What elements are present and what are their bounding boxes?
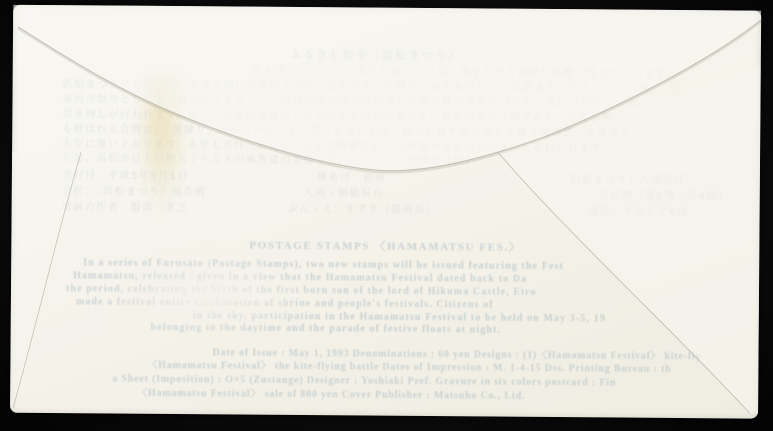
ja-info-line: 大凧・御殿屋台 — [304, 189, 385, 200]
ja-paragraph-line: 大空に舞い上がります。本年も五月三日から五日まで開催され、大凧揚げと屋台の引き回… — [62, 140, 613, 154]
ja-info-line: 意匠：〈浜松まつり〉凧合戦 — [62, 187, 207, 198]
ja-info-line: ぶん・え：すずき（静岡県） — [288, 205, 438, 216]
en-details-line: 〈Hamamatsu Festival〉 the kite-flying bat… — [147, 361, 671, 375]
en-heading: POSTAGE STAMPS 〈HAMAMATSU FES.〉 — [11, 239, 759, 256]
ja-info-line: 刷色：グラビア6色 — [589, 207, 689, 218]
photo-background: ふるさと切手〈浜松まつり〉わが国には、長子の誕生を祝って空高く凧をあげる風習が各… — [0, 0, 773, 431]
ja-info-line: 原画の作者：服部 孝之 — [62, 203, 189, 214]
ja-paragraph-line: も呼ばれる合戦は、「激練り」のかけ声とともに祭りを盛り上げ、初子の健やかな成長を… — [62, 125, 632, 139]
ja-info-line: 「浜松まつり」大凧揚げ — [559, 175, 686, 186]
ja-info-line: 凧あげ 初凧 — [317, 173, 386, 184]
en-paragraph-line: Hamamatsu, released / given in a view th… — [73, 271, 527, 285]
en-paragraph-line: belonging to the daytime and the parade … — [151, 323, 501, 336]
ja-paragraph-line: なお、浜松市は人口約五十六万人の東海道の要衝です。 （人口 大凧の寸法） — [62, 154, 477, 167]
envelope-back: ふるさと切手〈浜松まつり〉わが国には、長子の誕生を祝って空高く凧をあげる風習が各… — [10, 5, 761, 419]
ja-title: ふるさと切手〈浜松まつり〉 — [290, 49, 462, 61]
ja-info-line: 発行日：平成5年5月1日 — [62, 171, 189, 182]
en-details-line: a Sheet (Imposition) : O×5 (Zustange) De… — [112, 375, 616, 389]
ja-paragraph-line: 市民の祭りとして受け継がれてきました。昼は中田島砂丘での勇壮な凧合戦が繰り広げら… — [62, 95, 638, 110]
en-paragraph-line: made a festival entire combination of sh… — [76, 297, 494, 310]
ja-info-line: 五月飾（第5種・第4種） — [599, 191, 730, 202]
ja-paragraph-line: 浜松まつりの凧揚げは、永禄年間に引馬城主の長子誕生を祝って城中で凧をあげたことに… — [63, 80, 650, 95]
en-details-line: 〈Hamamatsu Festival〉 sale of 800 yen Cov… — [137, 389, 525, 402]
ja-paragraph-line: わが国には、長子の誕生を祝って空高く凧をあげる風習が各地に残されています。 — [253, 67, 678, 80]
showthrough-text-layer: ふるさと切手〈浜松まつり〉わが国には、長子の誕生を祝って空高く凧をあげる風習が各… — [10, 5, 761, 419]
ja-paragraph-line: 引き回しが行われます。町ごとに意匠を凝らした大凧が五月の空を彩り、糸を切り合う様… — [62, 110, 636, 125]
